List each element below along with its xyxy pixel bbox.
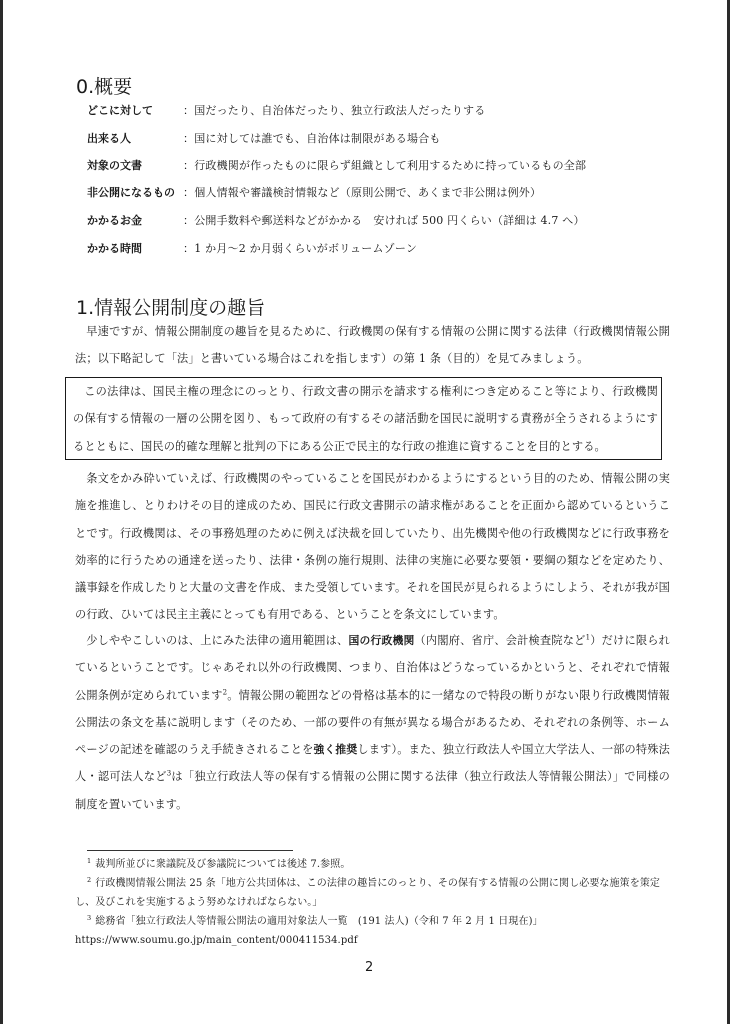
overview-key: かかる時間 xyxy=(87,239,183,259)
section-1-heading: 1.情報公開制度の趣旨 xyxy=(76,293,265,320)
overview-key: 非公開になるもの xyxy=(87,183,183,203)
document-page: 0.概要 どこに対して：国だったり、自治体だったり、独立行政法人だったりする 出… xyxy=(0,0,730,1024)
law-quote-text: この法律は、国民主権の理念にのっとり、行政文書の開示を請求する権利につき定めるこ… xyxy=(73,378,658,460)
footnote-number: 1 xyxy=(87,857,91,865)
overview-key: 出来る人 xyxy=(87,129,183,149)
overview-row: 出来る人：国に対しては誰でも、自治体は制限がある場合も xyxy=(87,129,441,149)
emphasis-national-agencies: 国の行政機関 xyxy=(348,634,414,647)
paragraph-text: 条文をかみ砕いていえば、行政機関のやっていることを国民がわかるようにするという目… xyxy=(75,465,670,629)
overview-row: かかる時間：1 か月～2 か月弱くらいがボリュームゾーン xyxy=(87,239,417,259)
overview-value: ：1 か月～2 か月弱くらいがボリュームゾーン xyxy=(183,239,417,259)
text-run: （内閣府、省庁、会計検査院など xyxy=(415,634,586,647)
overview-row: 非公開になるもの：個人情報や審議検討情報など（原則公開で、あくまで非公開は例外） xyxy=(87,183,541,203)
footnote-text: 行政機関情報公開法 25 条「地方公共団体は、この法律の趣旨にのっとり、その保有… xyxy=(75,878,660,908)
overview-key: どこに対して xyxy=(87,101,183,121)
footnote-text: 総務省「独立行政法人等情報公開法の適用対象法人一覧 (191 法人)（令和 7 … xyxy=(95,916,542,927)
footnote-separator xyxy=(87,850,293,851)
footnotes: 1裁判所並びに衆議院及び参議院については後述 7.参照。 2行政機関情報公開法 … xyxy=(75,855,670,950)
overview-key: かかるお金 xyxy=(87,211,183,231)
text-run: 少しややこしいのは、上にみた法律の適用範囲は、 xyxy=(86,634,348,647)
body-paragraph-2: 条文をかみ砕いていえば、行政機関のやっていることを国民がわかるようにするという目… xyxy=(75,465,670,629)
footnote-number: 2 xyxy=(87,876,91,884)
overview-value: ：国に対しては誰でも、自治体は制限がある場合も xyxy=(183,129,441,149)
footnote-number: 3 xyxy=(87,914,91,922)
footnote-1: 1裁判所並びに衆議院及び参議院については後述 7.参照。 xyxy=(75,855,670,874)
overview-row: かかるお金：公開手数料や郵送料などがかかる 安ければ 500 円くらい（詳細は … xyxy=(87,211,585,231)
body-paragraph-3: 少しややこしいのは、上にみた法律の適用範囲は、国の行政機関（内閣府、省庁、会計検… xyxy=(75,627,670,818)
footnote-3-url[interactable]: https://www.soumu.go.jp/main_content/000… xyxy=(75,931,670,950)
intro-paragraph: 早速ですが、情報公開制度の趣旨を見るために、行政機関の保有する情報の公開に関する… xyxy=(75,318,670,373)
emphasis-strongly-recommend: 強く推奨 xyxy=(313,743,357,756)
footnote-2: 2行政機関情報公開法 25 条「地方公共団体は、この法律の趣旨にのっとり、その保… xyxy=(75,874,670,912)
overview-value: ：公開手数料や郵送料などがかかる 安ければ 500 円くらい（詳細は 4.7 へ… xyxy=(183,211,585,231)
footnote-text: 裁判所並びに衆議院及び参議院については後述 7.参照。 xyxy=(95,859,350,870)
overview-value: ：行政機関が作ったものに限らず組織として利用するために持っているもの全部 xyxy=(183,156,586,176)
law-quote: この法律は、国民主権の理念にのっとり、行政文書の開示を請求する権利につき定めるこ… xyxy=(73,378,658,460)
intro-text: 早速ですが、情報公開制度の趣旨を見るために、行政機関の保有する情報の公開に関する… xyxy=(75,318,670,373)
overview-row: 対象の文書：行政機関が作ったものに限らず組織として利用するために持っているもの全… xyxy=(87,156,586,176)
overview-value: ：国だったり、自治体だったり、独立行政法人だったりする xyxy=(183,101,485,121)
section-0-heading: 0.概要 xyxy=(76,72,132,99)
overview-row: どこに対して：国だったり、自治体だったり、独立行政法人だったりする xyxy=(87,101,485,121)
footnote-3: 3総務省「独立行政法人等情報公開法の適用対象法人一覧 (191 法人)（令和 7… xyxy=(75,912,670,931)
overview-value: ：個人情報や審議検討情報など（原則公開で、あくまで非公開は例外） xyxy=(183,183,541,203)
paragraph-text: 少しややこしいのは、上にみた法律の適用範囲は、国の行政機関（内閣府、省庁、会計検… xyxy=(75,627,670,818)
overview-key: 対象の文書 xyxy=(87,156,183,176)
page-number: 2 xyxy=(365,960,373,975)
